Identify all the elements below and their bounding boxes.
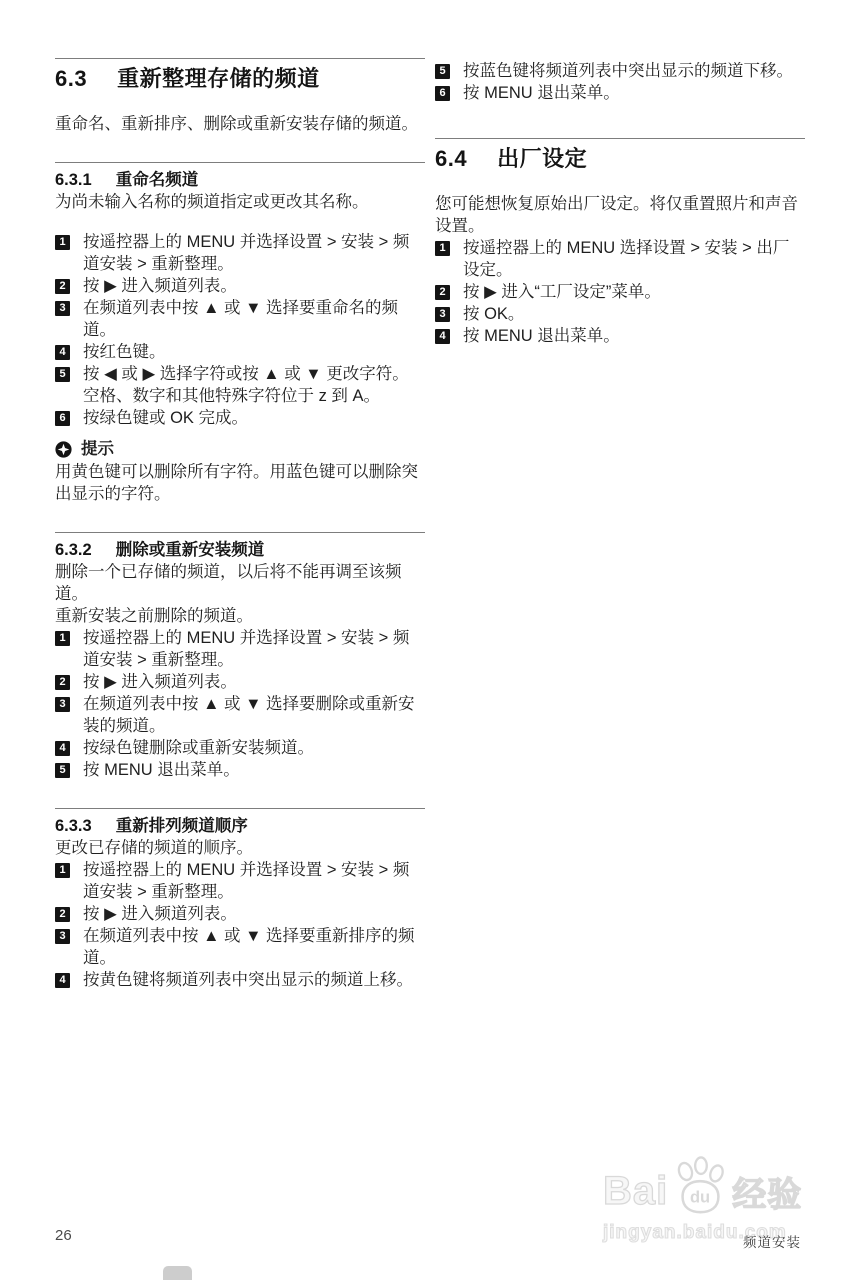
step-text: 在频道列表中按 ▲ 或 ▼ 选择要重命名的频道。	[83, 297, 425, 341]
watermark-word-bai: Bai	[603, 1169, 668, 1214]
footer-chapter-label: 频道安装	[743, 1231, 801, 1251]
subsection-title-text: 重命名频道	[116, 169, 199, 191]
step-item: 2 按 ▶ 进入频道列表。	[55, 275, 425, 297]
step-number-badge: 2	[55, 279, 70, 294]
step-item: 4 按 MENU 退出菜单。	[435, 325, 805, 347]
step-item: 4 按绿色键删除或重新安装频道。	[55, 737, 425, 759]
tip-label: 提示	[81, 438, 114, 460]
tip-header: 提示	[55, 438, 425, 460]
step-number-badge: 3	[55, 301, 70, 316]
section-intro: 重命名、重新排序、删除或重新安装存储的频道。	[55, 113, 425, 135]
page-number: 26	[55, 1227, 72, 1244]
section-title-6-4: 6.4 出厂设定	[435, 145, 805, 173]
section-title-text: 重新整理存储的频道	[117, 65, 320, 93]
step-number-badge: 1	[55, 863, 70, 878]
steps-list-factory-settings: 1 按遥控器上的 MENU 选择设置 > 安装 > 出厂设定。 2 按 ▶ 进入…	[435, 237, 805, 347]
steps-list-delete-reinstall: 1 按遥控器上的 MENU 并选择设置 > 安装 > 频道安装 > 重新整理。 …	[55, 627, 425, 781]
subsection-number: 6.3.1	[55, 169, 92, 191]
section-divider	[55, 808, 425, 809]
step-number-badge: 5	[55, 763, 70, 778]
step-text: 在频道列表中按 ▲ 或 ▼ 选择要重新排序的频道。	[83, 925, 425, 969]
subsection-title-6-3-3: 6.3.3 重新排列频道顺序	[55, 815, 425, 837]
steps-list-reorder-continued: 5 按蓝色键将频道列表中突出显示的频道下移。 6 按 MENU 退出菜单。	[435, 60, 805, 104]
step-text: 按蓝色键将频道列表中突出显示的频道下移。	[463, 60, 805, 82]
step-number-badge: 2	[435, 285, 450, 300]
step-text: 按黄色键将频道列表中突出显示的频道上移。	[83, 969, 425, 991]
step-item: 3 在频道列表中按 ▲ 或 ▼ 选择要重命名的频道。	[55, 297, 425, 341]
step-text: 按 ▶ 进入“工厂设定”菜单。	[463, 281, 805, 303]
section-divider	[55, 162, 425, 163]
step-item: 1 按遥控器上的 MENU 并选择设置 > 安装 > 频道安装 > 重新整理。	[55, 627, 425, 671]
step-item: 2 按 ▶ 进入“工厂设定”菜单。	[435, 281, 805, 303]
step-item: 5 按蓝色键将频道列表中突出显示的频道下移。	[435, 60, 805, 82]
subsection-number: 6.3.3	[55, 815, 92, 837]
step-number-badge: 6	[435, 86, 450, 101]
step-item: 6 按 MENU 退出菜单。	[435, 82, 805, 104]
step-number-badge: 4	[55, 973, 70, 988]
step-item: 3 在频道列表中按 ▲ 或 ▼ 选择要删除或重新安装的频道。	[55, 693, 425, 737]
subsection-title-text: 删除或重新安装频道	[116, 539, 265, 561]
baidu-paw-icon: du	[669, 1156, 731, 1218]
watermark-word-jingyan: 经验	[732, 1167, 802, 1216]
step-text: 按遥控器上的 MENU 并选择设置 > 安装 > 频道安装 > 重新整理。	[83, 627, 425, 671]
watermark-logo-row: Bai du 经验	[603, 1160, 818, 1222]
step-item: 4 按红色键。	[55, 341, 425, 363]
step-number-badge: 1	[55, 631, 70, 646]
subsection-intro: 更改已存储的频道的顺序。	[55, 837, 425, 859]
right-column: 5 按蓝色键将频道列表中突出显示的频道下移。 6 按 MENU 退出菜单。 6.…	[435, 48, 805, 347]
tip-text: 用黄色键可以删除所有字符。用蓝色键可以删除突出显示的字符。	[55, 461, 425, 505]
step-text: 按 ▶ 进入频道列表。	[83, 903, 425, 925]
step-number-badge: 4	[435, 329, 450, 344]
step-item: 1 按遥控器上的 MENU 并选择设置 > 安装 > 频道安装 > 重新整理。	[55, 231, 425, 275]
step-number-badge: 3	[55, 697, 70, 712]
section-title-text: 出厂设定	[497, 145, 587, 173]
section-divider	[435, 138, 805, 139]
step-number-badge: 2	[55, 907, 70, 922]
step-number-badge: 5	[435, 64, 450, 79]
subsection-intro: 删除一个已存储的频道，以后将不能再调至该频道。	[55, 561, 425, 605]
step-number-badge: 4	[55, 741, 70, 756]
step-text: 在频道列表中按 ▲ 或 ▼ 选择要删除或重新安装的频道。	[83, 693, 425, 737]
step-number-badge: 1	[55, 235, 70, 250]
step-text: 按绿色键或 OK 完成。	[83, 407, 425, 429]
tip-block: 提示 用黄色键可以删除所有字符。用蓝色键可以删除突出显示的字符。	[55, 438, 425, 505]
left-column: 6.3 重新整理存储的频道 重命名、重新排序、删除或重新安装存储的频道。 6.3…	[55, 48, 425, 991]
step-text: 按 MENU 退出菜单。	[463, 82, 805, 104]
subsection-number: 6.3.2	[55, 539, 92, 561]
section-divider	[55, 532, 425, 533]
steps-list-rename: 1 按遥控器上的 MENU 并选择设置 > 安装 > 频道安装 > 重新整理。 …	[55, 231, 425, 429]
step-text: 按红色键。	[83, 341, 425, 363]
section-title-6-3: 6.3 重新整理存储的频道	[55, 65, 425, 93]
step-number-badge: 3	[55, 929, 70, 944]
step-text: 按遥控器上的 MENU 并选择设置 > 安装 > 频道安装 > 重新整理。	[83, 859, 425, 903]
steps-list-reorder: 1 按遥控器上的 MENU 并选择设置 > 安装 > 频道安装 > 重新整理。 …	[55, 859, 425, 991]
step-number-badge: 4	[55, 345, 70, 360]
section-divider	[55, 58, 425, 59]
scrollbar-thumb[interactable]	[163, 1266, 192, 1280]
svg-text:du: du	[690, 1189, 710, 1207]
step-number-badge: 1	[435, 241, 450, 256]
step-number-badge: 6	[55, 411, 70, 426]
step-item: 1 按遥控器上的 MENU 选择设置 > 安装 > 出厂设定。	[435, 237, 805, 281]
step-item: 1 按遥控器上的 MENU 并选择设置 > 安装 > 频道安装 > 重新整理。	[55, 859, 425, 903]
step-item: 6 按绿色键或 OK 完成。	[55, 407, 425, 429]
subsection-title-text: 重新排列频道顺序	[116, 815, 248, 837]
step-item: 4 按黄色键将频道列表中突出显示的频道上移。	[55, 969, 425, 991]
step-text: 按 ▶ 进入频道列表。	[83, 275, 425, 297]
step-item: 5 按 MENU 退出菜单。	[55, 759, 425, 781]
tip-icon	[55, 441, 72, 458]
step-text: 按遥控器上的 MENU 选择设置 > 安装 > 出厂设定。	[463, 237, 805, 281]
manual-page: 6.3 重新整理存储的频道 重命名、重新排序、删除或重新安装存储的频道。 6.3…	[0, 0, 853, 1280]
section-number: 6.3	[55, 65, 87, 93]
step-text: 按遥控器上的 MENU 并选择设置 > 安装 > 频道安装 > 重新整理。	[83, 231, 425, 275]
subsection-title-6-3-1: 6.3.1 重命名频道	[55, 169, 425, 191]
step-text: 按 MENU 退出菜单。	[463, 325, 805, 347]
step-number-badge: 5	[55, 367, 70, 382]
step-text: 按 ◀ 或 ▶ 选择字符或按 ▲ 或 ▼ 更改字符。空格、数字和其他特殊字符位于…	[83, 363, 425, 407]
step-item: 3 按 OK。	[435, 303, 805, 325]
subsection-intro: 重新安装之前删除的频道。	[55, 605, 425, 627]
step-item: 2 按 ▶ 进入频道列表。	[55, 671, 425, 693]
step-item: 2 按 ▶ 进入频道列表。	[55, 903, 425, 925]
step-text: 按绿色键删除或重新安装频道。	[83, 737, 425, 759]
step-text: 按 OK。	[463, 303, 805, 325]
step-item: 5 按 ◀ 或 ▶ 选择字符或按 ▲ 或 ▼ 更改字符。空格、数字和其他特殊字符…	[55, 363, 425, 407]
section-number: 6.4	[435, 145, 467, 173]
step-text: 按 MENU 退出菜单。	[83, 759, 425, 781]
step-number-badge: 3	[435, 307, 450, 322]
step-item: 3 在频道列表中按 ▲ 或 ▼ 选择要重新排序的频道。	[55, 925, 425, 969]
section-intro: 您可能想恢复原始出厂设定。将仅重置照片和声音设置。	[435, 193, 805, 237]
step-text: 按 ▶ 进入频道列表。	[83, 671, 425, 693]
subsection-intro: 为尚未输入名称的频道指定或更改其名称。	[55, 191, 425, 213]
subsection-title-6-3-2: 6.3.2 删除或重新安装频道	[55, 539, 425, 561]
step-number-badge: 2	[55, 675, 70, 690]
